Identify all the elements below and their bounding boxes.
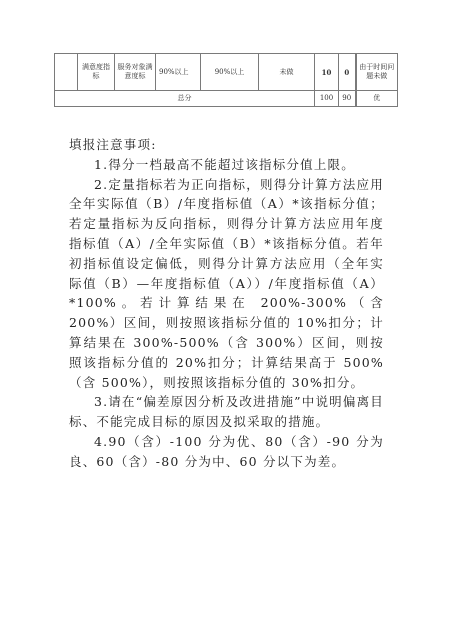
table-cell-annual-target: 90%以上 bbox=[156, 54, 201, 91]
total-weight: 100 bbox=[315, 91, 339, 107]
total-score: 90 bbox=[339, 91, 356, 107]
table-cell-score: 0 bbox=[339, 54, 356, 91]
table-row-total: 总分 100 90 优 bbox=[55, 91, 398, 107]
table-cell-actual-value: 90%以上 bbox=[201, 54, 259, 91]
note-item-3: 3.请在“偏差原因分析及改进措施”中说明偏离目标、不能完成目标的原因及拟采取的措… bbox=[69, 392, 384, 432]
table-cell-completion: 未做 bbox=[259, 54, 315, 91]
notes-title: 填报注意事项: bbox=[69, 135, 384, 155]
note-item-4: 4.90（含）-100 分为优、80（含）-90 分为良、60（含）-80 分为… bbox=[69, 432, 384, 472]
note-item-2: 2.定量指标若为正向指标，则得分计算方法应用全年实际值（B）/年度指标值（A）*… bbox=[69, 175, 384, 393]
table-cell-level2-indicator: 满意度指标 bbox=[78, 54, 115, 91]
filling-notes: 填报注意事项: 1.得分一档最高不能超过该指标分值上限。 2.定量指标若为正向指… bbox=[69, 135, 384, 472]
table-cell-deviation-reason: 由于时间问题未做 bbox=[356, 54, 398, 91]
table-row-satisfaction: 满意度指标 服务对象满意度标 90%以上 90%以上 未做 10 0 由于时间问… bbox=[55, 54, 398, 91]
total-grade: 优 bbox=[356, 91, 398, 107]
table-cell-weight: 10 bbox=[315, 54, 339, 91]
table-cell-category bbox=[55, 54, 78, 91]
note-item-1: 1.得分一档最高不能超过该指标分值上限。 bbox=[69, 155, 384, 175]
total-label: 总分 bbox=[55, 91, 315, 107]
performance-score-table: 满意度指标 服务对象满意度标 90%以上 90%以上 未做 10 0 由于时间问… bbox=[54, 53, 398, 107]
document-page: 满意度指标 服务对象满意度标 90%以上 90%以上 未做 10 0 由于时间问… bbox=[0, 0, 451, 638]
table-cell-level3-indicator: 服务对象满意度标 bbox=[115, 54, 156, 91]
